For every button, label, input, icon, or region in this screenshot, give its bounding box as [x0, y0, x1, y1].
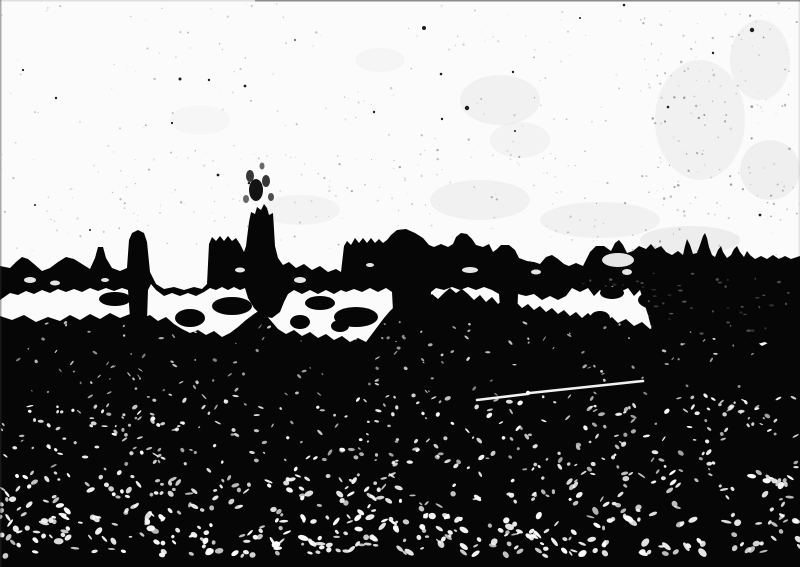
scanned-photograph: High-contrast black and white scanned ph… — [0, 0, 800, 567]
cityscape-halftone-image — [0, 0, 800, 567]
